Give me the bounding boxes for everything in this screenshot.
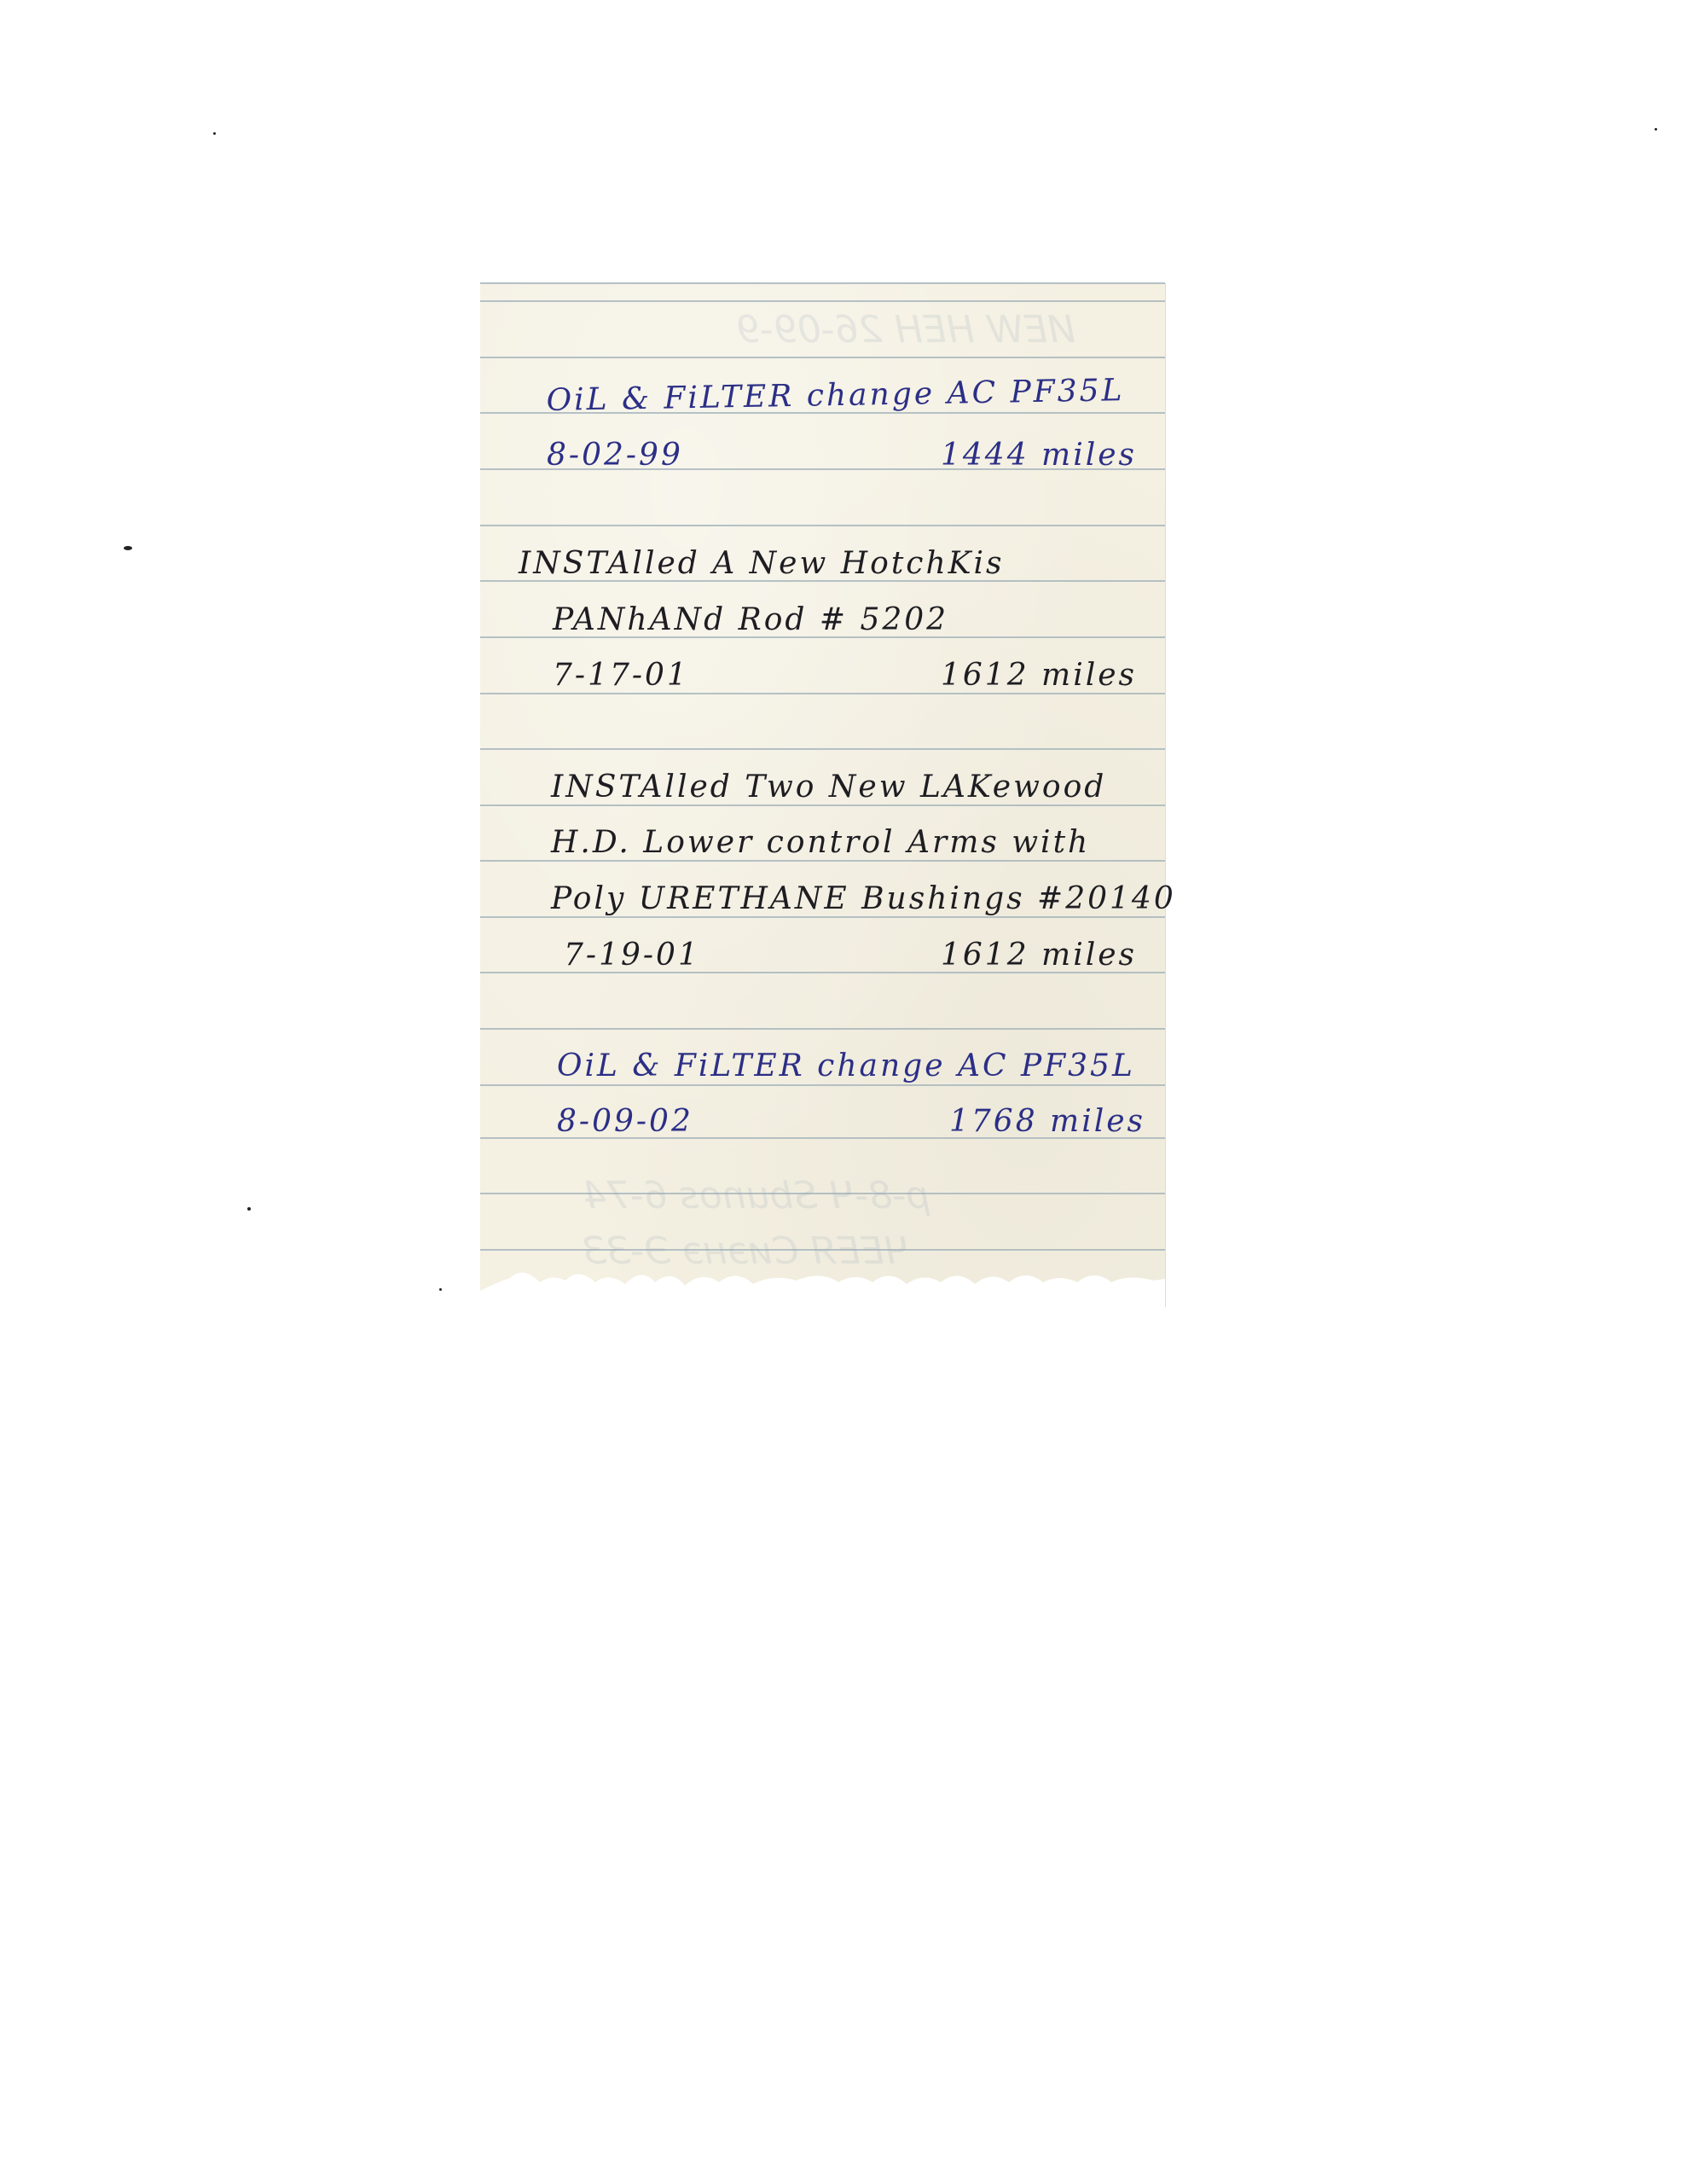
entry-3-mileage: 1612 miles [941,938,1137,973]
ruled-line [480,860,1165,862]
ruled-line [480,525,1165,526]
ruled-line [480,804,1165,806]
entry-2-date: 7-17-01 [553,658,689,693]
bleed-through-text: ИЕW НЕН 26-09-9 [736,308,1075,351]
entry-2-description-line-1: INSTAlled A New HotchKis [519,546,1005,581]
entry-3-description-line-3: Poly URETHANE Bushings #20140 [551,881,1176,916]
entry-2-description-line-2: PANhANd Rod # 5202 [553,602,948,637]
scan-speck [247,1207,251,1211]
scan-speck [213,132,216,135]
torn-perforated-edge [480,1257,1165,1308]
ruled-line [480,300,1165,302]
ruled-line [480,748,1165,750]
scan-speck [1655,128,1657,131]
entry-1-mileage: 1444 miles [941,438,1137,473]
entry-3-description-line-1: INSTAlled Two New LAKewood [551,770,1106,804]
ruled-line [480,916,1165,918]
ruled-line [480,357,1165,358]
entry-2-mileage: 1612 miles [941,658,1137,693]
scan-speck [439,1288,442,1291]
entry-3-description-line-2: H.D. Lower control Arms with [551,825,1090,860]
notepad-sheet: ИЕW НЕН 26-09-9 р-8-Ч Sbunos 6-74 ЧЕЕЯ С… [480,282,1165,1306]
ruled-line [480,1084,1165,1086]
entry-3-date: 7-19-01 [564,938,700,973]
entry-4-mileage: 1768 miles [949,1104,1145,1139]
ruled-line [480,693,1165,694]
ruled-line [480,282,1165,284]
scan-speck [124,546,132,550]
entry-4-date: 8-09-02 [557,1104,693,1139]
ruled-line [480,1028,1165,1030]
bleed-through-text: р-8-Ч Sbunos 6-74 [583,1174,930,1217]
entry-4-description: OiL & FiLTER change AC PF35L [557,1048,1135,1083]
entry-1-date: 8-02-99 [547,438,683,473]
